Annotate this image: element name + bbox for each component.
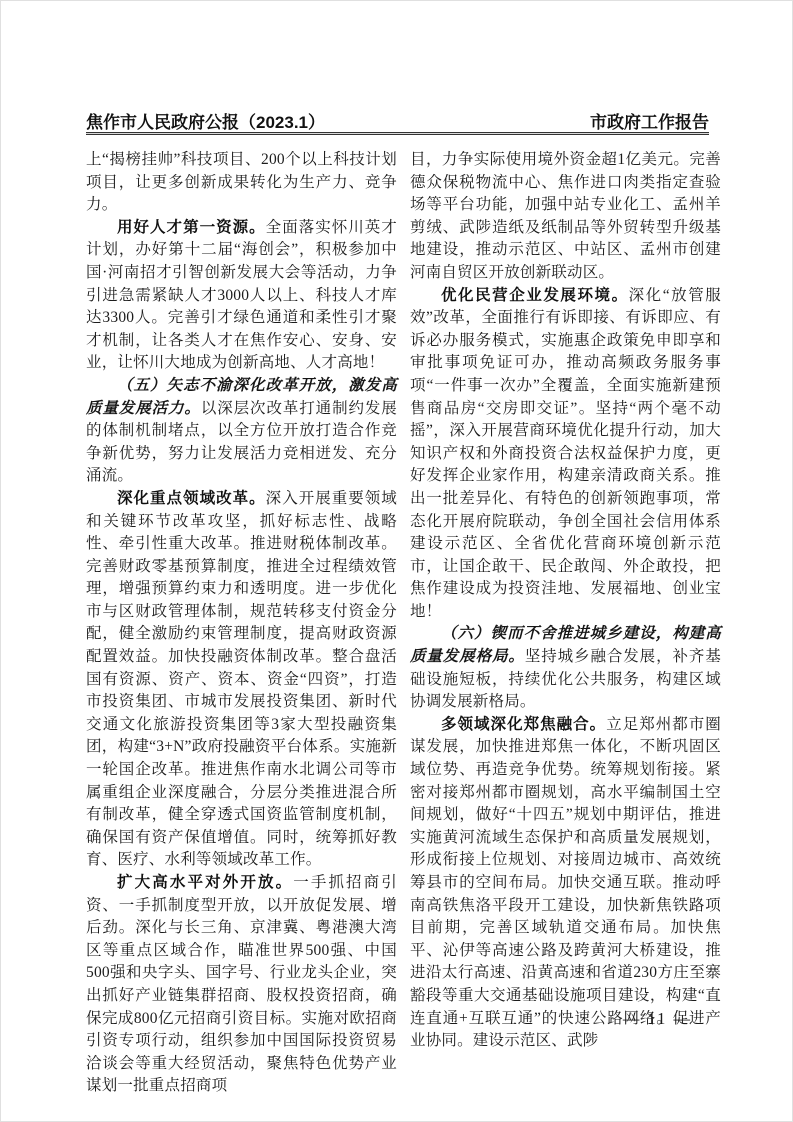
paragraph-text: 目，力争实际使用境外资金超1亿美元。完善德众保税物流中心、焦作进口肉类指定查验场… — [410, 151, 721, 281]
left-column: 上“揭榜挂帅”科技项目、200个以上科技计划项目，让更多创新成果转化为生产力、竞… — [86, 149, 397, 1098]
paragraph: （五）矢志不渝深化改革开放，激发高质量发展活力。以深层次改革打通制约发展的体制机… — [86, 375, 397, 488]
paragraph-lead: 深化重点领域改革。 — [117, 490, 266, 507]
paragraph-lead: 多领域深化郑焦融合。 — [441, 716, 606, 733]
page-header: 焦作市人民政府公报（2023.1） 市政府工作报告 — [86, 108, 709, 133]
header-report-title: 市政府工作报告 — [590, 108, 709, 133]
header-publication-title: 焦作市人民政府公报（2023.1） — [86, 108, 325, 133]
paragraph: 深化重点领域改革。深入开展重要领域和关键环节改革攻坚，抓好标志性、战略性、牵引性… — [86, 488, 397, 872]
paragraph: （六）锲而不舍推进城乡建设，构建高质量发展格局。坚持城乡融合发展，补齐基础设施短… — [410, 623, 721, 713]
paragraph: 扩大高水平对外开放。一手抓招商引资、一手抓制度型开放，以开放促发展、增后劲。深化… — [86, 872, 397, 1098]
paragraph: 上“揭榜挂帅”科技项目、200个以上科技计划项目，让更多创新成果转化为生产力、竞… — [86, 149, 397, 217]
paragraph: 目，力争实际使用境外资金超1亿美元。完善德众保税物流中心、焦作进口肉类指定查验场… — [410, 149, 721, 285]
paragraph-text: 全面落实怀川英才计划，办好第十二届“海创会”，积极参加中国·河南招才引智创新发展… — [86, 219, 397, 372]
paragraph-text: 上“揭榜挂帅”科技项目、200个以上科技计划项目，让更多创新成果转化为生产力、竞… — [86, 151, 397, 213]
paragraph-lead: 扩大高水平对外开放。 — [117, 874, 293, 891]
paragraph: 用好人才第一资源。全面落实怀川英才计划，办好第十二届“海创会”，积极参加中国·河… — [86, 217, 397, 375]
paragraph-text: 深入开展重要领域和关键环节改革攻坚，抓好标志性、战略性、牵引性重大改革。推进财税… — [86, 490, 397, 869]
paragraph-text: 深化“放管服效”改革，全面推行有诉即接、有诉即应、有诉必办服务模式，实施惠企政策… — [410, 287, 721, 620]
page-number: — 11 — — [623, 1009, 692, 1029]
paragraph-lead: 用好人才第一资源。 — [117, 219, 266, 236]
paragraph-lead: 优化民营企业发展环境。 — [441, 287, 629, 304]
paragraph-text: 一手抓招商引资、一手抓制度型开放，以开放促发展、增后劲。深化与长三角、京津冀、粤… — [86, 874, 397, 1094]
header-rule — [86, 132, 709, 135]
paragraph: 多领域深化郑焦融合。立足郑州都市圈谋发展，加快推进郑焦一体化，不断巩固区域位势、… — [410, 714, 721, 1053]
paragraph-text: 立足郑州都市圈谋发展，加快推进郑焦一体化，不断巩固区域位势、再造竞争优势。统筹规… — [410, 716, 721, 1049]
right-column: 目，力争实际使用境外资金超1亿美元。完善德众保税物流中心、焦作进口肉类指定查验场… — [410, 149, 721, 1053]
gazette-document-page: 焦作市人民政府公报（2023.1） 市政府工作报告 上“揭榜挂帅”科技项目、20… — [0, 0, 793, 1122]
paragraph: 优化民营企业发展环境。深化“放管服效”改革，全面推行有诉即接、有诉即应、有诉必办… — [410, 285, 721, 624]
